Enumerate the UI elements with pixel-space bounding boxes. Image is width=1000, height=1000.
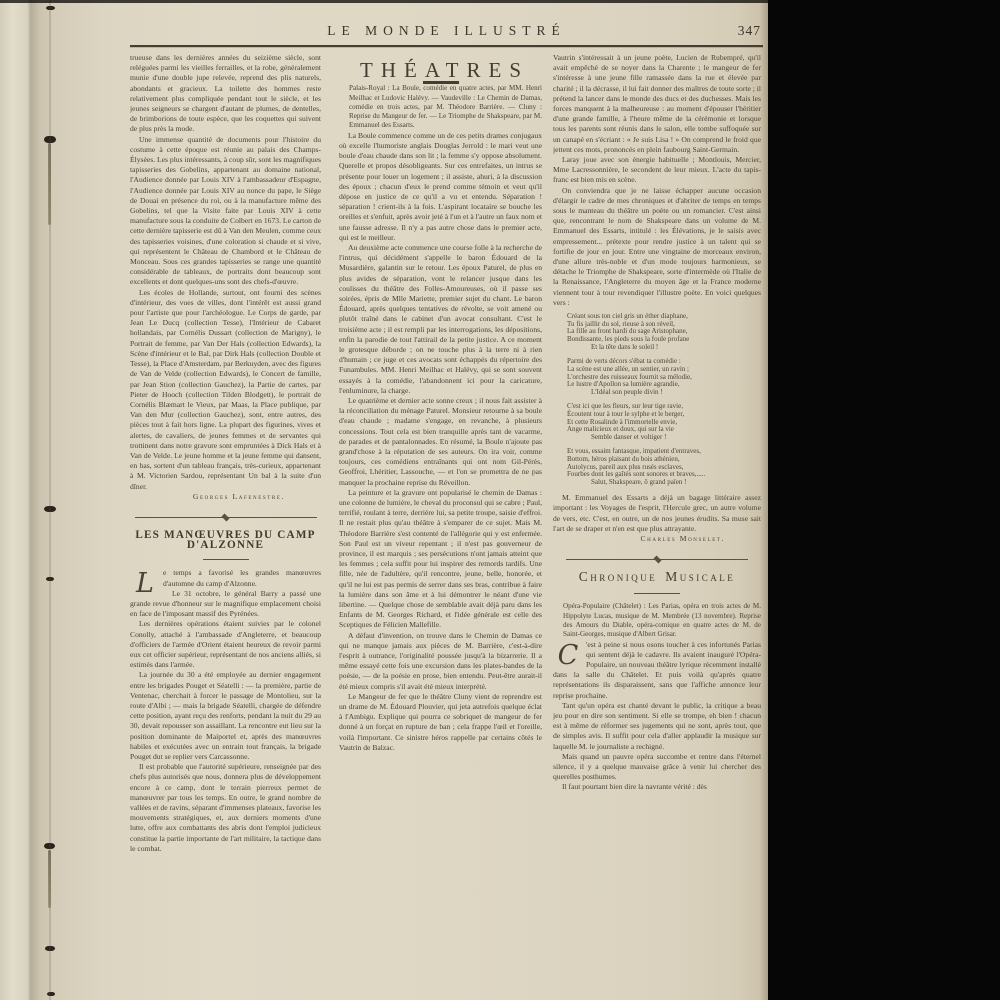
paragraph: Une immense quantité de documents pour l…: [130, 135, 321, 288]
paragraph: A défaut d'invention, on trouve dans le …: [339, 631, 542, 692]
paragraph: Il faut pourtant bien dire la navrante v…: [553, 782, 761, 792]
column-1: trueuse dans les dernières années du sei…: [130, 53, 321, 968]
author-signature: Charles Monselet.: [553, 534, 761, 544]
poem-block: Créant sous ton ciel gris un éther diaph…: [567, 313, 761, 487]
paragraph: La journée du 30 a été employée au derni…: [130, 670, 321, 762]
author-signature: Georges Lafenestre.: [130, 492, 321, 502]
paragraph: La peinture et la gravure ont popularisé…: [339, 488, 542, 631]
dropcap-block: L e temps a favorisé les grandes manœuvr…: [130, 568, 321, 619]
gutter-fold-line: [49, 0, 51, 1000]
paragraph: Au deuxième acte commence une course fol…: [339, 243, 542, 396]
drop-cap-letter: C: [553, 641, 583, 670]
article-divider-ornament: [132, 513, 320, 522]
poem-stanza: Créant sous ton ciel gris un éther diaph…: [567, 313, 761, 352]
paragraph: Tant qu'un opéra est chanté devant le pu…: [553, 701, 761, 752]
article-divider-ornament: [563, 555, 751, 564]
section-title-theatres: THÉATRES: [339, 65, 542, 75]
dropcap-block: C 'est à peine si nous osons toucher à c…: [553, 640, 761, 701]
paragraph: Le Mangeur de fer que le théâtre Cluny v…: [339, 692, 542, 753]
paragraph: 'est à peine si nous osons toucher à ces…: [553, 640, 761, 701]
running-head: LE MONDE ILLUSTRÉ 347: [130, 22, 763, 40]
page-top-edge-shadow: [0, 0, 768, 3]
newspaper-page: LE MONDE ILLUSTRÉ 347 trueuse dans les d…: [31, 0, 768, 1000]
paragraph: Les écoles de Hollande, surtout, ont fou…: [130, 288, 321, 492]
paragraph: Mais quand un pauvre opéra succombe et r…: [553, 752, 761, 783]
poem-stanza: C'est ici que les fleurs, sur leur tige …: [567, 403, 761, 442]
scanned-newspaper-photo: LE MONDE ILLUSTRÉ 347 trueuse dans les d…: [0, 0, 1000, 1000]
poem-stanza: Et vous, essaim fantasque, impatient d'e…: [567, 448, 761, 487]
paragraph: Les dernières opérations étaient suivies…: [130, 619, 321, 670]
paragraph: On conviendra que je ne laisse échapper …: [553, 186, 761, 308]
theatre-program-note: Palais-Royal : La Boule, comédie en quat…: [339, 84, 542, 130]
section-title-chronique-musicale: ChroniqueMusicale: [553, 572, 761, 584]
page-number: 347: [738, 23, 761, 39]
drop-cap-letter: L: [130, 569, 160, 598]
header-rule: [130, 45, 763, 47]
opera-program-note: Opéra-Populaire (Châtelet) : Les Parias,…: [553, 602, 761, 639]
facing-page-edge: [0, 0, 31, 1000]
paragraph: Vautrin s'intéressait à un jeune poète, …: [553, 53, 761, 155]
paragraph: trueuse dans les dernières années du sei…: [130, 53, 321, 135]
section-title-rule: [634, 593, 680, 594]
section-title-rule: [203, 559, 249, 560]
paragraph: Laray joue avec son énergie habituelle ;…: [553, 155, 761, 186]
column-2: THÉATRES Palais-Royal : La Boule, comédi…: [339, 53, 542, 968]
paragraph: La Boule commence comme un de ces petits…: [339, 131, 542, 243]
journal-title: LE MONDE ILLUSTRÉ: [327, 23, 565, 38]
paragraph: Il est probable que l'autorité supérieur…: [130, 762, 321, 854]
column-3: Vautrin s'intéressait à un jeune poète, …: [553, 53, 761, 968]
section-title-manoeuvres: LES MANŒUVRES DU CAMP D'ALZONNE: [130, 530, 321, 550]
poem-stanza: Parmi de verts décors s'ébat ta comédie …: [567, 358, 761, 397]
paragraph: M. Emmanuel des Essarts a déjà un bagage…: [553, 493, 761, 534]
paragraph: Le quatrième et dernier acte sonne creux…: [339, 396, 542, 488]
